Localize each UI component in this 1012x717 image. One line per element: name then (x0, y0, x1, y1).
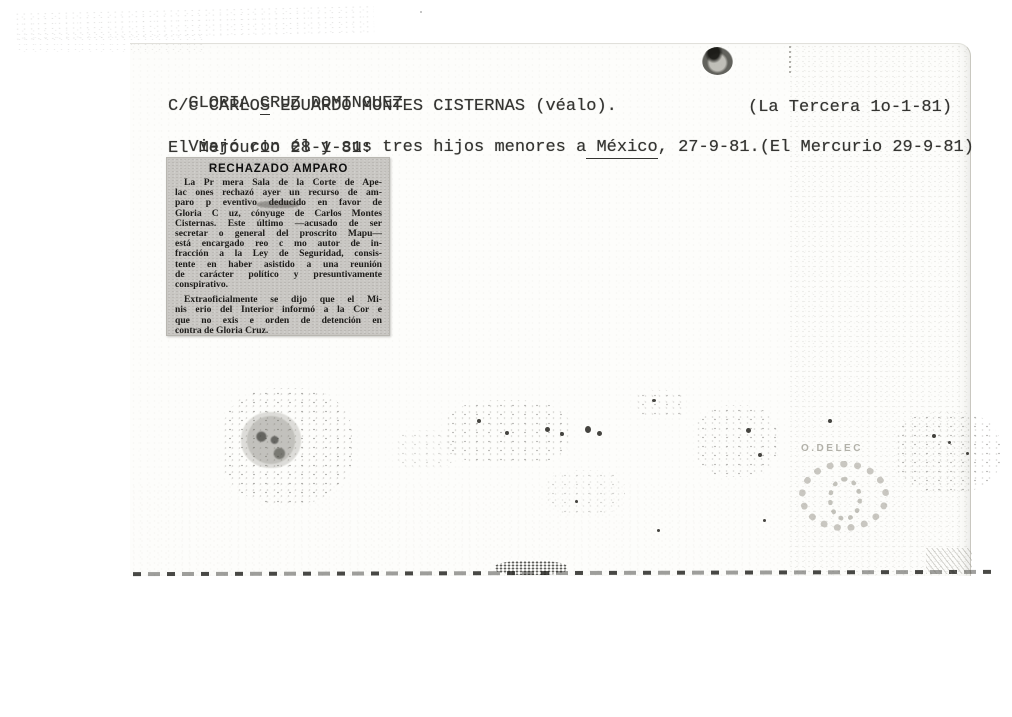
ink-blob (702, 47, 733, 75)
strike-smudge (257, 201, 299, 208)
speck (420, 11, 422, 13)
ink-dot (763, 519, 766, 522)
ink-dot (477, 419, 481, 423)
speckle-cluster (695, 405, 777, 477)
ink-dot (966, 452, 969, 455)
clipping-headline: RECHAZADO AMPARO (175, 163, 382, 176)
embossed-stamp-seal-inner (828, 477, 862, 521)
speckle-cluster (635, 390, 687, 418)
ink-dot (828, 419, 832, 423)
travel-post: , 27-9-81.(El Mercurio 29-9-81) (658, 138, 974, 157)
ink-dot (948, 441, 951, 444)
speckle-cluster (895, 412, 1000, 492)
ink-dot (585, 426, 591, 433)
clipping-line: contra de Gloria Cruz. (175, 326, 382, 336)
ink-dot (652, 399, 656, 402)
typed-line-crossref: C/c CARLOS EDUARDO MONTES CISTERNAS (véa… (168, 97, 617, 117)
speckle-cluster (395, 430, 455, 470)
ink-dot (758, 453, 762, 457)
card-edge-blob (495, 561, 567, 575)
card-corner-hatch (926, 548, 972, 574)
pencil-marks (16, 32, 206, 52)
clipping-line: conspirativo. (175, 280, 382, 290)
ink-stain (241, 412, 301, 468)
travel-destination-underlined: México (586, 138, 657, 159)
margin-note-mark (789, 43, 791, 73)
embossed-stamp-text: O.DELEC (801, 443, 863, 454)
ink-dot (746, 428, 751, 433)
ink-dot (932, 434, 936, 438)
ink-dot (545, 427, 550, 432)
scanned-archive-card: { "document": { "title": { "pre": "GLORI… (0, 0, 1012, 717)
typed-line-source: El Mercurio 28-1-81: (168, 139, 372, 159)
newspaper-clipping: RECHAZADO AMPARO La Pr mera Sala de la C… (166, 157, 390, 336)
ink-dot (597, 431, 602, 436)
typed-line-source-right: (La Tercera 1o-1-81) (748, 98, 952, 118)
speckle-cluster (545, 470, 625, 515)
ink-dot (505, 431, 509, 435)
ink-dot (575, 500, 578, 503)
ink-dot (560, 432, 564, 436)
ink-dot (657, 529, 660, 532)
